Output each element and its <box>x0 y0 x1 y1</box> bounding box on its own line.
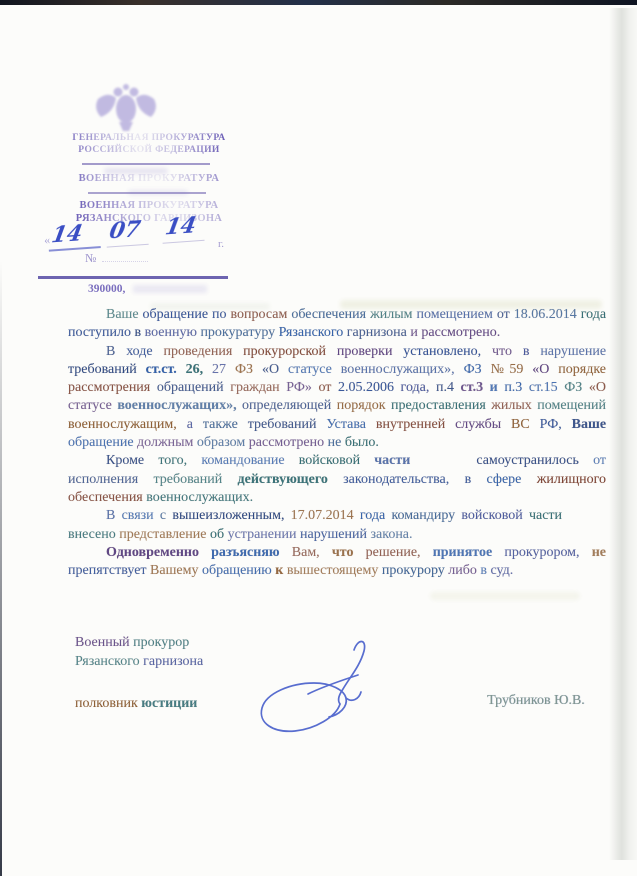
bleedthrough-smudge-3 <box>430 592 580 600</box>
signatory-title: Военный прокурор Рязанского гарнизона <box>75 634 203 671</box>
outgoing-number-line: № <box>85 251 148 266</box>
scanned-letter-page: ГЕНЕРАЛЬНАЯ ПРОКУРАТУРА РОССИЙСКОЙ ФЕДЕР… <box>0 0 637 876</box>
signatory-title-line1: Военный прокурор <box>75 634 203 653</box>
date-month: 07 <box>107 216 142 245</box>
date-year-printed-line <box>163 240 205 244</box>
date-month-printed-line <box>107 244 149 248</box>
scan-top-edge <box>0 0 637 5</box>
number-label: № <box>85 251 96 265</box>
paragraph-measures-taken: В связи с вышеизложенным, 17.07.2014 год… <box>68 507 606 544</box>
address-zip: 390000, <box>88 283 125 295</box>
paragraph-command-failure: Кроме того, командование войсковой части… <box>68 452 606 507</box>
letter-body: Ваше обращение по вопросам обеспечения ж… <box>68 306 606 580</box>
org-name-line1: ГЕНЕРАЛЬНАЯ ПРОКУРАТУРА <box>38 133 260 145</box>
date-year: 14 <box>163 212 198 241</box>
number-blank-line <box>102 251 148 262</box>
letterhead-divider-1 <box>82 163 210 165</box>
signatory-rank: полковник юстиции <box>75 696 197 712</box>
letterhead-divider-3 <box>38 276 228 279</box>
address-faded-smudge <box>133 285 207 293</box>
signatory-name: Трубников Ю.В. <box>487 693 585 709</box>
date-suffix-g: г. <box>218 238 224 250</box>
paragraph-appeal-rights: Одновременно разъясняю Вам, что решение,… <box>68 544 606 581</box>
scan-right-edge-shadow <box>609 8 637 860</box>
paragraph-inspection-findings: В ходе проведения прокурорской проверки … <box>68 343 606 453</box>
coat-of-arms-eagle-icon <box>88 82 164 132</box>
date-day: 14 <box>49 220 84 249</box>
scan-left-edge <box>0 260 2 876</box>
address-line: 390000, <box>88 283 207 295</box>
signature-autograph <box>256 636 406 756</box>
military-prosecutors-office-line: ВОЕННАЯ ПРОКУРАТУРА <box>38 173 260 184</box>
letterhead-org: ГЕНЕРАЛЬНАЯ ПРОКУРАТУРА РОССИЙСКОЙ ФЕДЕР… <box>38 133 260 156</box>
org-name-line2: РОССИЙСКОЙ ФЕДЕРАЦИИ <box>38 145 260 157</box>
paragraph-appeal-received: Ваше обращение по вопросам обеспечения ж… <box>68 306 606 343</box>
signatory-title-line2: Рязанского гарнизона <box>75 653 203 672</box>
faded-text-smudge <box>128 190 188 195</box>
